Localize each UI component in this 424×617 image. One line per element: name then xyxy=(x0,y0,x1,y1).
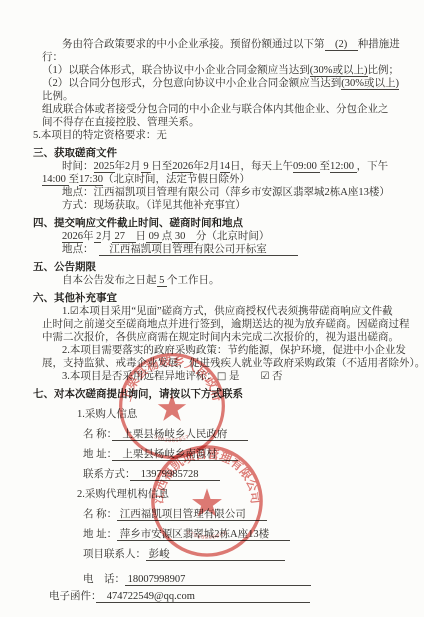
text-run: （北京时间，法定节假日除外） xyxy=(103,174,250,185)
doc-line: 比例。 xyxy=(42,90,395,103)
text-run: 四、提交响应文件截止时间、磋商时间和地点 xyxy=(33,218,243,229)
doc-line: 2.本项目需要落实的政府采购政策：节约能源，保护环境，促进中小企业发 xyxy=(62,344,395,357)
text-run: 2.采购代理机构信息 xyxy=(77,489,169,500)
agency-phone-line: 电 话： 18007998907 xyxy=(83,573,395,586)
filled-blank: 彭峻 xyxy=(146,549,285,561)
text-run: 年2月 xyxy=(115,161,141,172)
purchaser-address-line: 地 址： 上栗县杨岐乡南源村 xyxy=(83,448,395,461)
filled-blank: 14:00 xyxy=(42,174,69,186)
text-run: 地点：江西福凯项目管理有限公司（萍乡市安源区翡翠城2栋A座13楼） xyxy=(62,187,390,198)
document-body: 务由符合政策要求的中小企业承接。预留份额通过以下第 (2) 种措施进行：（1）以… xyxy=(33,38,395,603)
checkbox-unchecked: □ xyxy=(217,371,226,382)
text-run: 本项目采用“见面”磋商方式，供应商授权代表须携带磋商响应文件截 xyxy=(79,306,393,317)
text-run: 六、其他补充事宜 xyxy=(33,293,117,304)
doc-line: 展，支持监狱、戒毒企业发展，促进残疾人就业等政府采购政策（不适用者除外）。 xyxy=(42,357,395,370)
text-run: 至 xyxy=(69,174,80,185)
text-run: 比例； xyxy=(368,65,400,76)
doc-line: 地点：江西福凯项目管理有限公司（萍乡市安源区翡翠城2栋A座13楼） xyxy=(62,186,395,199)
purchaser-name-line: 名 称： 上栗县杨岐乡人民政府 xyxy=(83,428,395,441)
text-run: 止时间之前递交至磋商地点并进行签到，逾期送达的视为放弃磋商。因磋商过程 xyxy=(42,319,410,330)
doc-line: 务由符合政策要求的中小企业承接。预留份额通过以下第 (2) 种措施进 xyxy=(62,38,395,51)
text-run: 名 称： xyxy=(83,509,117,520)
text-run: 是 xyxy=(226,371,260,382)
text-run: 点 xyxy=(162,231,173,242)
text-run: 种措施进 xyxy=(358,39,400,50)
doc-line: 止时间之前递交至磋商地点并进行签到，逾期送达的视为放弃磋商。因磋商过程 xyxy=(42,318,395,331)
section-5-heading: 五、公告期限 xyxy=(33,261,395,274)
checkbox-checked: ☑ xyxy=(70,306,79,317)
doc-line: 3.本项目是否采用远程异地评标：□ 是 ☑ 否 xyxy=(62,370,395,383)
filled-blank: (2) xyxy=(325,39,358,51)
text-run: 地 址： xyxy=(83,529,117,540)
doc-line: 中需二次报价，各供应商需在规定时间内未完成二次报价的，视为退出磋商。 xyxy=(42,331,395,344)
doc-line: 2026年 2月 27 日 09 点 30 分（北京时间） xyxy=(62,230,395,243)
filled-blank: 17:30 xyxy=(79,174,103,186)
text-run: 中需二次报价，各供应商需在规定时间内未完成二次报价的，视为退出磋商。 xyxy=(42,332,399,343)
text-run: 地 址： xyxy=(83,449,112,460)
text-run: 五、公告期限 xyxy=(33,262,96,273)
filled-blank: 2026 xyxy=(172,161,193,173)
text-run: 电子函件： xyxy=(49,591,96,602)
section-7-heading: 七、对本次磋商提出询问，请按以下方式联系 xyxy=(33,388,395,401)
text-run: 组成联合体或者接受分包合同的中小企业与联合体内其他企业、分包企业之 xyxy=(42,104,389,115)
doc-line: 自本公告发布之日起 5 个工作日。 xyxy=(62,274,395,287)
filled-blank: 12:00 xyxy=(330,161,357,173)
purchaser-contact-line: 联系方式： 13979985728 xyxy=(83,468,395,481)
text-run: 方式：现场获取。（详见其他补充事宜） xyxy=(62,200,246,211)
doc-line: 14:00 至17:30（北京时间，法定节假日除外） xyxy=(42,173,395,186)
bid-opening-location-line: 地点： 江西福凯项目管理有限公司开标室 xyxy=(62,243,395,256)
text-run: 年 xyxy=(83,231,94,242)
doc-line: 间不得存在直接控股、管理关系。 xyxy=(42,116,395,129)
agency-info-heading: 2.采购代理机构信息 xyxy=(77,488,395,501)
text-run: 年2月 xyxy=(193,161,219,172)
doc-line: （1）以联合体形式，联合协议中小企业合同金额应当达到(30%或以上)比例； xyxy=(42,64,395,77)
text-run: 日，每天上午 xyxy=(230,161,293,172)
text-run: 1. xyxy=(62,306,70,317)
filled-blank: 江西福凯项目管理有限公司 xyxy=(117,509,267,521)
text-run: 3.本项目是否采用远程异地评标： xyxy=(62,371,217,382)
agency-contact-person-line: 项目联系人： 彭峻 xyxy=(83,548,395,561)
text-run: 电 话： xyxy=(83,574,125,585)
doc-line: 时间：2025年2月 9 日至2026年2月14日，每天上午09:00 至12:… xyxy=(62,160,395,173)
agency-address-line: 地 址： 萍乡市安源区翡翠城2栋A座13楼 xyxy=(83,528,395,541)
text-run: 联系方式： xyxy=(83,469,130,480)
doc-line: 1.☑本项目采用“见面”磋商方式，供应商授权代表须携带磋商响应文件截 xyxy=(62,305,395,318)
filled-blank: 上栗县杨岐乡南源村 xyxy=(112,449,238,461)
text-run: 间不得存在直接控股、管理关系。 xyxy=(42,117,200,128)
filled-blank: (30%或以上) xyxy=(310,65,368,77)
text-run: 月 xyxy=(101,231,112,242)
text-run: 比例。 xyxy=(42,91,74,102)
text-run: 时间： xyxy=(62,161,94,172)
filled-blank: 18007998907 xyxy=(125,574,311,586)
text-run: 2.本项目需要落实的政府采购政策：节约能源，保护环境，促进中小企业发 xyxy=(62,345,406,356)
filled-blank: 9 xyxy=(141,161,152,173)
text-run: 自本公告发布之日起 xyxy=(62,275,157,286)
filled-blank: 萍乡市安源区翡翠城2栋A座13楼 xyxy=(117,529,290,541)
text-run: 名 称： xyxy=(83,429,112,440)
text-run: 项目联系人： xyxy=(83,549,146,560)
text-run: 行： xyxy=(42,52,63,63)
filled-blank: 13979985728 xyxy=(130,469,219,481)
filled-blank: 474722549@qq.com xyxy=(96,591,310,603)
filled-blank: 27 xyxy=(112,231,136,243)
doc-line: 组成联合体或者接受分包合同的中小企业与联合体内其他企业、分包企业之 xyxy=(42,103,395,116)
filled-blank: 2026 xyxy=(62,231,83,243)
section-4-heading: 四、提交响应文件截止时间、磋商时间和地点 xyxy=(33,217,395,230)
text-run: （1）以联合体形式，联合协议中小企业合同金额应当达到 xyxy=(42,65,310,76)
text-run: 5.本项目的特定资格要求：无 xyxy=(33,130,167,141)
procurement-document-page: 务由符合政策要求的中小企业承接。预留份额通过以下第 (2) 种措施进行：（1）以… xyxy=(0,0,424,617)
filled-blank: 09:00 xyxy=(293,161,320,173)
filled-blank: 2025 xyxy=(94,161,115,173)
text-run: 三、获取磋商文件 xyxy=(33,148,117,159)
doc-line: 方式：现场获取。（详见其他补充事宜） xyxy=(62,199,395,212)
filled-blank: 上栗县杨岐乡人民政府 xyxy=(112,429,249,441)
doc-line: （2）以合同分包形式，分包意向协议中小企业合同金额应当达到(30%或以上) xyxy=(42,77,395,90)
text-run: 日至 xyxy=(151,161,172,172)
agency-name-line: 名 称： 江西福凯项目管理有限公司 xyxy=(83,508,395,521)
text-run: 至 xyxy=(320,161,331,172)
agency-email-line: 电子函件： 474722549@qq.com xyxy=(49,590,395,603)
text-run: 展，支持监狱、戒毒企业发展，促进残疾人就业等政府采购政策（不适用者除外）。 xyxy=(42,358,424,369)
text-run: 务由符合政策要求的中小企业承接。预留份额通过以下第 xyxy=(62,39,325,50)
filled-blank: 江西福凯项目管理有限公司开标室 xyxy=(99,244,299,256)
text-run: 否 xyxy=(269,371,282,382)
filled-blank: 30 xyxy=(172,231,196,243)
section-6-heading: 六、其他补充事宜 xyxy=(33,292,395,305)
text-run: 个工作日。 xyxy=(167,275,220,286)
purchaser-info-heading: 1.采购人信息 xyxy=(77,408,395,421)
filled-blank: (30%或以上) xyxy=(341,78,399,90)
doc-line: 行： xyxy=(42,51,395,64)
text-run: 分（北京时间） xyxy=(196,231,270,242)
filled-blank: 14 xyxy=(220,161,231,173)
text-run: 日 xyxy=(136,231,147,242)
text-run: 七、对本次磋商提出询问，请按以下方式联系 xyxy=(33,389,243,400)
doc-line: 5.本项目的特定资格要求：无 xyxy=(33,129,395,142)
text-run: ，下午 xyxy=(357,161,389,172)
text-run: （2）以合同分包形式，分包意向协议中小企业合同金额应当达到 xyxy=(42,78,341,89)
text-run: 地点： xyxy=(62,244,99,255)
text-run: 1.采购人信息 xyxy=(77,409,137,420)
section-3-heading: 三、获取磋商文件 xyxy=(33,147,395,160)
filled-blank: 5 xyxy=(157,275,168,287)
filled-blank: 09 xyxy=(146,231,162,243)
